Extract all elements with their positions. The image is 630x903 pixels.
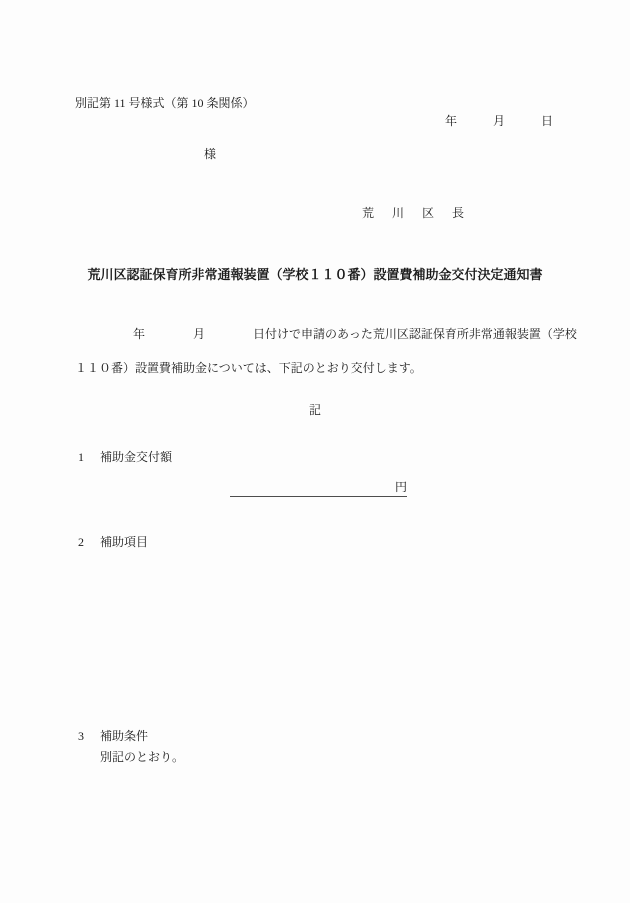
item-grant-amount-number: 1 (78, 450, 100, 465)
item-subsidy-conditions: 3 補助条件 (78, 729, 148, 744)
item-subsidy-items-label: 補助項目 (100, 535, 148, 550)
amount-fill-in-blank: 円 (230, 480, 407, 497)
document-title: 荒川区認証保育所非常通報装置（学校１１０番）設置費補助金交付決定通知書 (0, 267, 630, 283)
body-paragraph-line-1: 年 月 日付けで申請のあった荒川区認証保育所非常通報装置（学校 (133, 327, 577, 342)
item-subsidy-items: 2 補助項目 (78, 535, 148, 550)
document-page: 別記第 11 号様式（第 10 条関係） 年 月 日 様 荒 川 区 長 荒川区… (0, 0, 630, 903)
form-number: 別記第 11 号様式（第 10 条関係） (75, 96, 255, 111)
item-subsidy-conditions-detail: 別記のとおり。 (100, 750, 184, 765)
issue-date-line: 年 月 日 (445, 114, 553, 129)
item-grant-amount: 1 補助金交付額 (78, 450, 172, 465)
item-subsidy-items-number: 2 (78, 535, 100, 550)
item-subsidy-conditions-label: 補助条件 (100, 729, 148, 744)
item-grant-amount-label: 補助金交付額 (100, 450, 172, 465)
body-paragraph-line-2: １１０番）設置費補助金については、下記のとおり交付します。 (75, 361, 422, 376)
item-subsidy-conditions-number: 3 (78, 729, 100, 744)
addressee-suffix: 様 (204, 147, 216, 162)
sender-name: 荒 川 区 長 (362, 206, 467, 221)
record-heading: 記 (0, 403, 630, 418)
